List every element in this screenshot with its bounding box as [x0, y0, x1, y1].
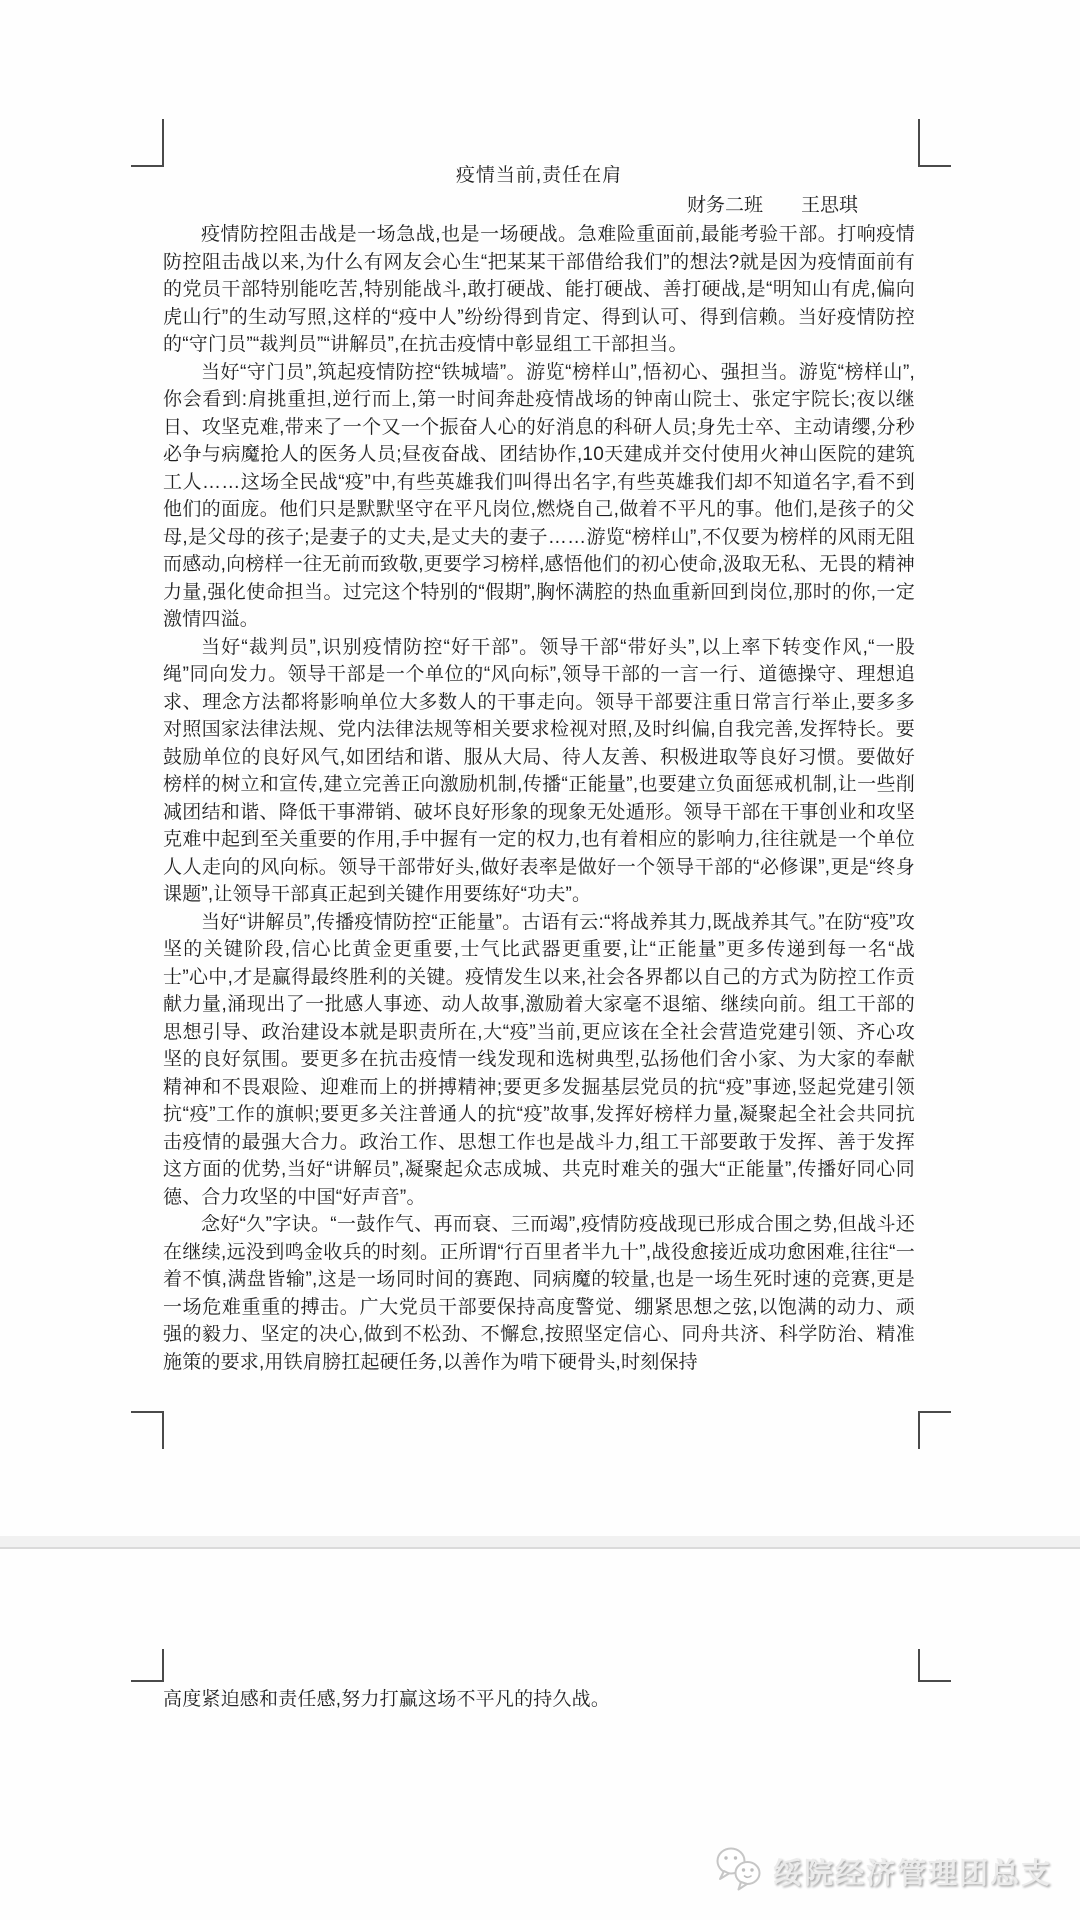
chat-bubbles-icon [714, 1846, 766, 1897]
watermark: 绥院经济管理团总支 [714, 1846, 1052, 1897]
document-byline: 财务二班 王思琪 [163, 190, 915, 217]
crop-mark-top-left [131, 119, 164, 167]
page2-continuation: 高度紧迫感和责任感,努力打赢这场不平凡的持久战。 [163, 1686, 915, 1714]
body-paragraph: 当好“讲解员”,传播疫情防控“正能量”。古语有云:“将战养其力,既战养其气。”在… [163, 909, 915, 1212]
body-paragraph: 疫情防控阻击战是一场急战,也是一场硬战。急难险重面前,最能考验干部。打响疫情防控… [163, 221, 915, 359]
body-paragraph: 当好“裁判员”,识别疫情防控“好干部”。领导干部“带好头”,以上率下转变作风,“… [163, 634, 915, 909]
crop-mark-page2-left [131, 1649, 164, 1682]
crop-mark-bottom-left [131, 1411, 164, 1449]
body-paragraph: 念好“久”字诀。“一鼓作气、再而衰、三而竭”,疫情防疫战现已形成合围之势,但战斗… [163, 1211, 915, 1376]
body-paragraph: 高度紧迫感和责任感,努力打赢这场不平凡的持久战。 [163, 1686, 915, 1714]
document-body: 疫情防控阻击战是一场急战,也是一场硬战。急难险重面前,最能考验干部。打响疫情防控… [163, 221, 915, 1376]
watermark-label: 绥院经济管理团总支 [773, 1851, 1052, 1892]
crop-mark-top-right [918, 119, 951, 167]
body-paragraph: 当好“守门员”,筑起疫情防控“铁城墙”。游览“榜样山”,悟初心、强担当。游览“榜… [163, 359, 915, 634]
document-canvas: 疫情当前,责任在肩 财务二班 王思琪 疫情防控阻击战是一场急战,也是一场硬战。急… [0, 0, 1080, 1920]
crop-mark-page2-right [918, 1649, 951, 1682]
page-break-band [0, 1536, 1080, 1549]
crop-mark-bottom-right [918, 1411, 951, 1449]
document-title: 疫情当前,责任在肩 [163, 160, 915, 187]
